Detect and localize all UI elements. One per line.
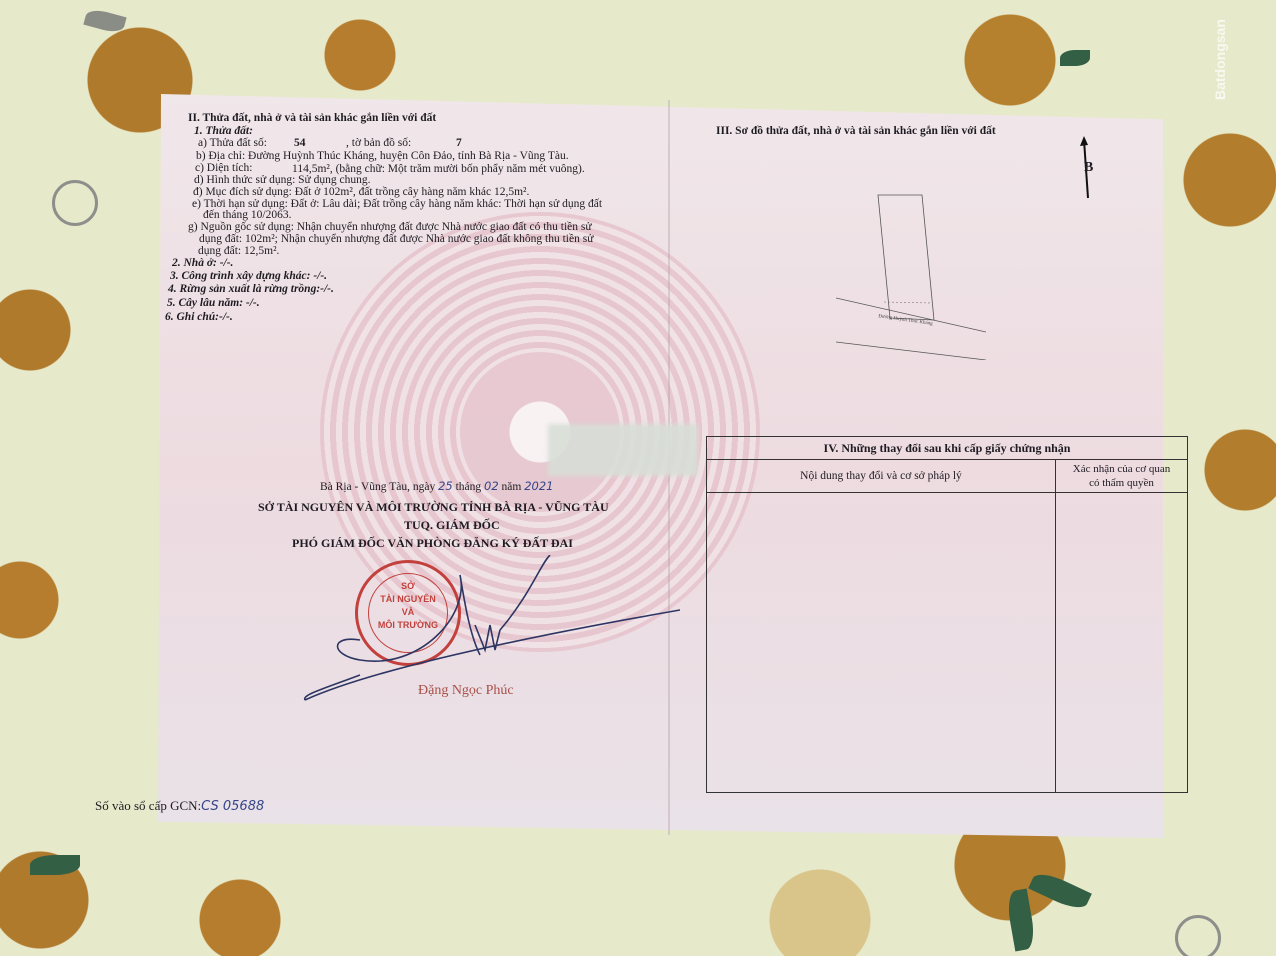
date-day: 25 <box>438 479 453 493</box>
year-label: năm <box>502 481 522 493</box>
parcel-number-label: a) Thửa đất số: <box>198 137 267 149</box>
date-month: 02 <box>484 479 499 493</box>
perennial-trees-item: 5. Cây lâu năm: -/-. <box>167 297 260 309</box>
usage-term-line-2: đến tháng 10/2063. <box>203 209 291 221</box>
registry-value: CS 05688 <box>201 799 264 814</box>
month-label: tháng <box>456 481 482 493</box>
column-authority-confirmation: Xác nhận của cơ quan có thẩm quyền <box>1056 460 1187 492</box>
section-3-title: III. Sơ đồ thửa đất, nhà ở và tài sản kh… <box>716 125 996 137</box>
signer-name: Đặng Ngọc Phúc <box>418 683 514 699</box>
usage-purpose-line: đ) Mục đích sử dụng: Đất ở 102m², đất tr… <box>193 186 529 198</box>
origin-line-1: g) Nguồn gốc sử dụng: Nhận chuyển nhượng… <box>188 221 592 233</box>
north-label: B <box>1084 160 1093 176</box>
origin-line-3: dụng đất: 12,5m². <box>198 245 279 257</box>
land-certificate: II. Thửa đất, nhà ở và tài sản khác gắn … <box>0 0 1276 956</box>
other-construction-item: 3. Công trình xây dựng khác: -/-. <box>170 270 327 282</box>
notes-item: 6. Ghi chú:-/-. <box>165 311 233 323</box>
redacted-area <box>548 424 698 476</box>
site-watermark: Batdongsan <box>1212 19 1228 100</box>
parcel-number-value: 54 <box>294 137 306 149</box>
address-line: b) Địa chỉ: Đường Huỳnh Thúc Kháng, huyệ… <box>196 150 569 162</box>
origin-line-2: dụng đất: 102m²; Nhận chuyển nhượng đất … <box>199 233 593 245</box>
column-authority-line-1: Xác nhận của cơ quan <box>1056 462 1187 476</box>
map-sheet-label: , tờ bản đồ số: <box>346 137 411 149</box>
usage-form-line: d) Hình thức sử dụng: Sử dụng chung. <box>194 174 371 186</box>
changes-table-title: IV. Những thay đổi sau khi cấp giấy chứn… <box>707 437 1187 460</box>
signer-position: PHÓ GIÁM ĐỐC VĂN PHÒNG ĐĂNG KÝ ĐẤT ĐAI <box>292 536 573 551</box>
place-date-prefix: Bà Rịa - Vũng Tàu, ngày <box>320 481 435 493</box>
parcel-sketch-diagram <box>836 180 986 360</box>
on-behalf-of-director: TUQ. GIÁM ĐỐC <box>404 518 500 533</box>
place-date: Bà Rịa - Vũng Tàu, ngày 25 tháng 02 năm … <box>320 479 554 493</box>
section-2-title: II. Thửa đất, nhà ở và tài sản khác gắn … <box>188 112 436 124</box>
registry-label: Số vào sổ cấp GCN: <box>95 798 201 813</box>
map-sheet-value: 7 <box>456 137 462 149</box>
column-change-content: Nội dung thay đổi và cơ sở pháp lý <box>707 460 1056 492</box>
land-parcel-heading: 1. Thửa đất: <box>194 125 253 137</box>
table-divider <box>1055 492 1056 792</box>
house-item: 2. Nhà ở: -/-. <box>172 257 233 269</box>
area-label: c) Diện tích: <box>195 162 252 174</box>
column-authority-line-2: có thẩm quyền <box>1056 476 1187 490</box>
changes-table: IV. Những thay đổi sau khi cấp giấy chứn… <box>706 436 1188 793</box>
date-year: 2021 <box>524 479 553 493</box>
planted-forest-item: 4. Rừng sản xuất là rừng trồng:-/-. <box>168 283 334 295</box>
issuing-authority: SỞ TÀI NGUYÊN VÀ MÔI TRƯỜNG TỈNH BÀ RỊA … <box>258 500 609 515</box>
registry-number: Số vào sổ cấp GCN:CS 05688 <box>95 798 264 814</box>
